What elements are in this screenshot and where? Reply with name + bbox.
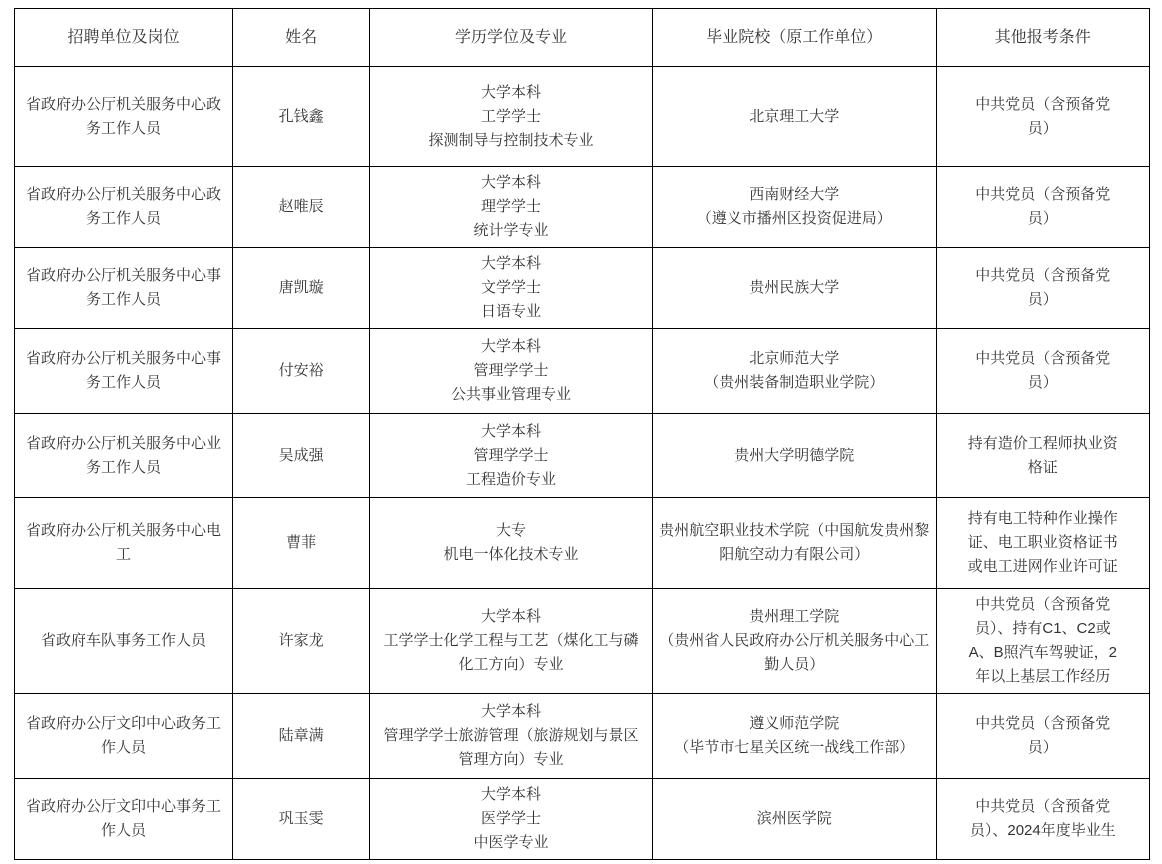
cell-position-content: 省政府办公厅机关服务中心政务工作人员 <box>21 183 226 231</box>
table-row: 省政府办公厅机关服务中心事务工作人员付安裕大学本科管理学学士公共事业管理专业北京… <box>15 329 1150 414</box>
cell-other-conditions-content: 中共党员（含预备党员） <box>968 264 1118 312</box>
cell-position: 省政府办公厅机关服务中心政务工作人员 <box>15 167 233 248</box>
cell-education-content: 大专机电一体化技术专业 <box>376 519 646 567</box>
cell-line: 大学本科 <box>376 335 646 359</box>
col-header-school: 毕业院校（原工作单位） <box>652 9 936 67</box>
cell-line: 巩玉雯 <box>239 807 363 831</box>
cell-school: 北京理工大学 <box>652 67 936 167</box>
cell-other-conditions: 持有造价工程师执业资格证 <box>936 414 1149 498</box>
cell-other-conditions-content: 持有电工特种作业操作证、电工职业资格证书或电工进网作业许可证 <box>968 507 1118 579</box>
cell-line: 省政府办公厅机关服务中心政务工作人员 <box>21 93 226 141</box>
col-header-education: 学历学位及专业 <box>370 9 653 67</box>
cell-line: 吴成强 <box>239 444 363 468</box>
cell-line: 持有造价工程师执业资格证 <box>968 432 1118 480</box>
cell-other-conditions-content: 中共党员（含预备党员） <box>968 183 1118 231</box>
cell-line: 日语专业 <box>376 300 646 324</box>
cell-name: 唐凯璇 <box>232 248 369 329</box>
cell-position-content: 省政府办公厅机关服务中心电工 <box>21 519 226 567</box>
cell-education: 大学本科管理学学士公共事业管理专业 <box>370 329 653 414</box>
cell-name-content: 赵唯辰 <box>239 195 363 219</box>
table-row: 省政府办公厅机关服务中心政务工作人员孔钱鑫大学本科工学学士探测制导与控制技术专业… <box>15 67 1150 167</box>
cell-line: 唐凯璇 <box>239 276 363 300</box>
cell-name: 付安裕 <box>232 329 369 414</box>
cell-name-content: 孔钱鑫 <box>239 105 363 129</box>
cell-education-content: 大学本科理学学士统计学专业 <box>376 171 646 243</box>
table-row: 省政府办公厅文印中心事务工作人员巩玉雯大学本科医学学士中医学专业滨州医学院中共党… <box>15 779 1150 860</box>
cell-line: 大学本科 <box>376 605 646 629</box>
cell-line: 贵州理工学院 <box>659 605 930 629</box>
cell-line: 管理学学士 <box>376 444 646 468</box>
cell-other-conditions: 中共党员（含预备党员） <box>936 694 1149 779</box>
cell-line: 省政府办公厅机关服务中心业务工作人员 <box>21 432 226 480</box>
cell-school: 贵州大学明德学院 <box>652 414 936 498</box>
cell-line: 贵州航空职业技术学院（中国航发贵州黎阳航空动力有限公司） <box>659 519 930 567</box>
cell-name: 赵唯辰 <box>232 167 369 248</box>
cell-school-content: 贵州民族大学 <box>659 276 930 300</box>
cell-position: 省政府办公厅机关服务中心业务工作人员 <box>15 414 233 498</box>
cell-line: 中共党员（含预备党员） <box>968 712 1118 760</box>
cell-line: 许家龙 <box>239 629 363 653</box>
cell-other-conditions: 中共党员（含预备党员）、2024年度毕业生 <box>936 779 1149 860</box>
cell-school-content: 贵州大学明德学院 <box>659 444 930 468</box>
cell-name-content: 唐凯璇 <box>239 276 363 300</box>
cell-education-content: 大学本科工学学士化学工程与工艺（煤化工与磷化工方向）专业 <box>376 605 646 677</box>
cell-line: 大学本科 <box>376 783 646 807</box>
cell-line: 省政府办公厅文印中心事务工作人员 <box>21 795 226 843</box>
header-row: 招聘单位及岗位 姓名 学历学位及专业 毕业院校（原工作单位） 其他报考条件 <box>15 9 1150 67</box>
cell-line: 大学本科 <box>376 252 646 276</box>
cell-line: 中共党员（含预备党员） <box>968 93 1118 141</box>
cell-name: 巩玉雯 <box>232 779 369 860</box>
cell-position: 省政府办公厅机关服务中心事务工作人员 <box>15 329 233 414</box>
cell-line: 工学学士 <box>376 105 646 129</box>
cell-education: 大学本科工学学士探测制导与控制技术专业 <box>370 67 653 167</box>
cell-line: 北京理工大学 <box>659 105 930 129</box>
cell-line: 中共党员（含预备党员） <box>968 183 1118 231</box>
cell-line: 公共事业管理专业 <box>376 383 646 407</box>
cell-line: 中共党员（含预备党员）、持有C1、C2或A、B照汽车驾驶证，2年以上基层工作经历 <box>968 593 1118 689</box>
cell-other-conditions-content: 中共党员（含预备党员） <box>968 93 1118 141</box>
cell-line: 管理学学士 <box>376 359 646 383</box>
cell-name: 曹菲 <box>232 498 369 589</box>
cell-line: 付安裕 <box>239 359 363 383</box>
cell-name: 吴成强 <box>232 414 369 498</box>
cell-school: 北京师范大学（贵州装备制造职业学院） <box>652 329 936 414</box>
cell-line: 大学本科 <box>376 420 646 444</box>
cell-education-content: 大学本科工学学士探测制导与控制技术专业 <box>376 81 646 153</box>
cell-line: 省政府车队事务工作人员 <box>21 629 226 653</box>
cell-name: 陆章满 <box>232 694 369 779</box>
cell-line: 工学学士化学工程与工艺（煤化工与磷化工方向）专业 <box>376 629 646 677</box>
cell-other-conditions: 中共党员（含预备党员）、持有C1、C2或A、B照汽车驾驶证，2年以上基层工作经历 <box>936 589 1149 694</box>
cell-other-conditions: 中共党员（含预备党员） <box>936 67 1149 167</box>
cell-other-conditions: 中共党员（含预备党员） <box>936 248 1149 329</box>
cell-school-content: 滨州医学院 <box>659 807 930 831</box>
cell-line: 中共党员（含预备党员） <box>968 264 1118 312</box>
cell-school-content: 遵义师范学院（毕节市七星关区统一战线工作部） <box>659 712 930 760</box>
cell-line: 曹菲 <box>239 531 363 555</box>
cell-line: 省政府办公厅机关服务中心事务工作人员 <box>21 264 226 312</box>
cell-position: 省政府办公厅文印中心政务工作人员 <box>15 694 233 779</box>
table-row: 省政府办公厅机关服务中心政务工作人员赵唯辰大学本科理学学士统计学专业西南财经大学… <box>15 167 1150 248</box>
cell-name-content: 许家龙 <box>239 629 363 653</box>
cell-education-content: 大学本科管理学学士旅游管理（旅游规划与景区管理方向）专业 <box>376 700 646 772</box>
cell-school: 遵义师范学院（毕节市七星关区统一战线工作部） <box>652 694 936 779</box>
cell-name: 孔钱鑫 <box>232 67 369 167</box>
cell-name-content: 曹菲 <box>239 531 363 555</box>
cell-school: 贵州理工学院（贵州省人民政府办公厅机关服务中心工勤人员） <box>652 589 936 694</box>
cell-line: 工程造价专业 <box>376 468 646 492</box>
cell-position-content: 省政府办公厅机关服务中心事务工作人员 <box>21 264 226 312</box>
cell-education: 大学本科管理学学士旅游管理（旅游规划与景区管理方向）专业 <box>370 694 653 779</box>
cell-school: 贵州民族大学 <box>652 248 936 329</box>
cell-position: 省政府办公厅机关服务中心政务工作人员 <box>15 67 233 167</box>
recruitment-table: 招聘单位及岗位 姓名 学历学位及专业 毕业院校（原工作单位） 其他报考条件 省政… <box>14 8 1150 860</box>
cell-line: 省政府办公厅机关服务中心事务工作人员 <box>21 347 226 395</box>
document-page: 招聘单位及岗位 姓名 学历学位及专业 毕业院校（原工作单位） 其他报考条件 省政… <box>0 0 1162 864</box>
cell-line: 遵义师范学院 <box>659 712 930 736</box>
col-header-other-conditions: 其他报考条件 <box>936 9 1149 67</box>
cell-education-content: 大学本科文学学士日语专业 <box>376 252 646 324</box>
cell-position-content: 省政府办公厅机关服务中心政务工作人员 <box>21 93 226 141</box>
cell-education-content: 大学本科医学学士中医学专业 <box>376 783 646 855</box>
cell-school: 西南财经大学（遵义市播州区投资促进局） <box>652 167 936 248</box>
cell-position-content: 省政府办公厅文印中心政务工作人员 <box>21 712 226 760</box>
cell-name-content: 吴成强 <box>239 444 363 468</box>
table-body: 省政府办公厅机关服务中心政务工作人员孔钱鑫大学本科工学学士探测制导与控制技术专业… <box>15 67 1150 860</box>
cell-position: 省政府办公厅机关服务中心电工 <box>15 498 233 589</box>
cell-school-content: 北京师范大学（贵州装备制造职业学院） <box>659 347 930 395</box>
cell-line: 贵州大学明德学院 <box>659 444 930 468</box>
cell-education: 大专机电一体化技术专业 <box>370 498 653 589</box>
table-row: 省政府办公厅机关服务中心事务工作人员唐凯璇大学本科文学学士日语专业贵州民族大学中… <box>15 248 1150 329</box>
cell-line: 西南财经大学 <box>659 183 930 207</box>
cell-line: 探测制导与控制技术专业 <box>376 129 646 153</box>
cell-education: 大学本科理学学士统计学专业 <box>370 167 653 248</box>
cell-line: （贵州装备制造职业学院） <box>659 371 930 395</box>
cell-school: 滨州医学院 <box>652 779 936 860</box>
cell-education: 大学本科管理学学士工程造价专业 <box>370 414 653 498</box>
cell-position: 省政府办公厅机关服务中心事务工作人员 <box>15 248 233 329</box>
cell-education-content: 大学本科管理学学士公共事业管理专业 <box>376 335 646 407</box>
cell-line: 赵唯辰 <box>239 195 363 219</box>
cell-line: 机电一体化技术专业 <box>376 543 646 567</box>
cell-name: 许家龙 <box>232 589 369 694</box>
cell-line: （遵义市播州区投资促进局） <box>659 207 930 231</box>
cell-position-content: 省政府办公厅机关服务中心事务工作人员 <box>21 347 226 395</box>
cell-other-conditions: 中共党员（含预备党员） <box>936 167 1149 248</box>
cell-position: 省政府办公厅文印中心事务工作人员 <box>15 779 233 860</box>
cell-line: 省政府办公厅机关服务中心政务工作人员 <box>21 183 226 231</box>
cell-line: 医学学士 <box>376 807 646 831</box>
col-header-name: 姓名 <box>232 9 369 67</box>
cell-school: 贵州航空职业技术学院（中国航发贵州黎阳航空动力有限公司） <box>652 498 936 589</box>
table-row: 省政府办公厅文印中心政务工作人员陆章满大学本科管理学学士旅游管理（旅游规划与景区… <box>15 694 1150 779</box>
cell-line: （贵州省人民政府办公厅机关服务中心工勤人员） <box>659 629 930 677</box>
cell-line: 省政府办公厅机关服务中心电工 <box>21 519 226 567</box>
cell-other-conditions-content: 持有造价工程师执业资格证 <box>968 432 1118 480</box>
cell-line: 中共党员（含预备党员）、2024年度毕业生 <box>968 795 1118 843</box>
cell-school-content: 西南财经大学（遵义市播州区投资促进局） <box>659 183 930 231</box>
cell-other-conditions-content: 中共党员（含预备党员） <box>968 347 1118 395</box>
cell-name-content: 巩玉雯 <box>239 807 363 831</box>
cell-education-content: 大学本科管理学学士工程造价专业 <box>376 420 646 492</box>
cell-line: 贵州民族大学 <box>659 276 930 300</box>
col-header-position: 招聘单位及岗位 <box>15 9 233 67</box>
cell-other-conditions: 持有电工特种作业操作证、电工职业资格证书或电工进网作业许可证 <box>936 498 1149 589</box>
cell-line: 大学本科 <box>376 171 646 195</box>
cell-line: 中医学专业 <box>376 831 646 855</box>
cell-position: 省政府车队事务工作人员 <box>15 589 233 694</box>
cell-line: 文学学士 <box>376 276 646 300</box>
cell-name-content: 付安裕 <box>239 359 363 383</box>
cell-line: 滨州医学院 <box>659 807 930 831</box>
cell-line: 中共党员（含预备党员） <box>968 347 1118 395</box>
cell-school-content: 贵州航空职业技术学院（中国航发贵州黎阳航空动力有限公司） <box>659 519 930 567</box>
cell-line: 管理学学士旅游管理（旅游规划与景区管理方向）专业 <box>376 724 646 772</box>
cell-other-conditions-content: 中共党员（含预备党员） <box>968 712 1118 760</box>
cell-position-content: 省政府办公厅机关服务中心业务工作人员 <box>21 432 226 480</box>
cell-other-conditions-content: 中共党员（含预备党员）、2024年度毕业生 <box>968 795 1118 843</box>
cell-education: 大学本科工学学士化学工程与工艺（煤化工与磷化工方向）专业 <box>370 589 653 694</box>
cell-school-content: 贵州理工学院（贵州省人民政府办公厅机关服务中心工勤人员） <box>659 605 930 677</box>
cell-name-content: 陆章满 <box>239 724 363 748</box>
cell-line: 孔钱鑫 <box>239 105 363 129</box>
cell-education: 大学本科文学学士日语专业 <box>370 248 653 329</box>
table-row: 省政府办公厅机关服务中心业务工作人员吴成强大学本科管理学学士工程造价专业贵州大学… <box>15 414 1150 498</box>
cell-line: 统计学专业 <box>376 219 646 243</box>
cell-position-content: 省政府车队事务工作人员 <box>21 629 226 653</box>
table-row: 省政府车队事务工作人员许家龙大学本科工学学士化学工程与工艺（煤化工与磷化工方向）… <box>15 589 1150 694</box>
cell-line: 理学学士 <box>376 195 646 219</box>
cell-other-conditions: 中共党员（含预备党员） <box>936 329 1149 414</box>
cell-line: 省政府办公厅文印中心政务工作人员 <box>21 712 226 760</box>
cell-line: 大学本科 <box>376 81 646 105</box>
table-row: 省政府办公厅机关服务中心电工曹菲大专机电一体化技术专业贵州航空职业技术学院（中国… <box>15 498 1150 589</box>
cell-line: 陆章满 <box>239 724 363 748</box>
cell-line: 大学本科 <box>376 700 646 724</box>
cell-line: （毕节市七星关区统一战线工作部） <box>659 736 930 760</box>
cell-other-conditions-content: 中共党员（含预备党员）、持有C1、C2或A、B照汽车驾驶证，2年以上基层工作经历 <box>968 593 1118 689</box>
cell-line: 持有电工特种作业操作证、电工职业资格证书或电工进网作业许可证 <box>968 507 1118 579</box>
cell-position-content: 省政府办公厅文印中心事务工作人员 <box>21 795 226 843</box>
cell-school-content: 北京理工大学 <box>659 105 930 129</box>
cell-education: 大学本科医学学士中医学专业 <box>370 779 653 860</box>
cell-line: 北京师范大学 <box>659 347 930 371</box>
cell-line: 大专 <box>376 519 646 543</box>
